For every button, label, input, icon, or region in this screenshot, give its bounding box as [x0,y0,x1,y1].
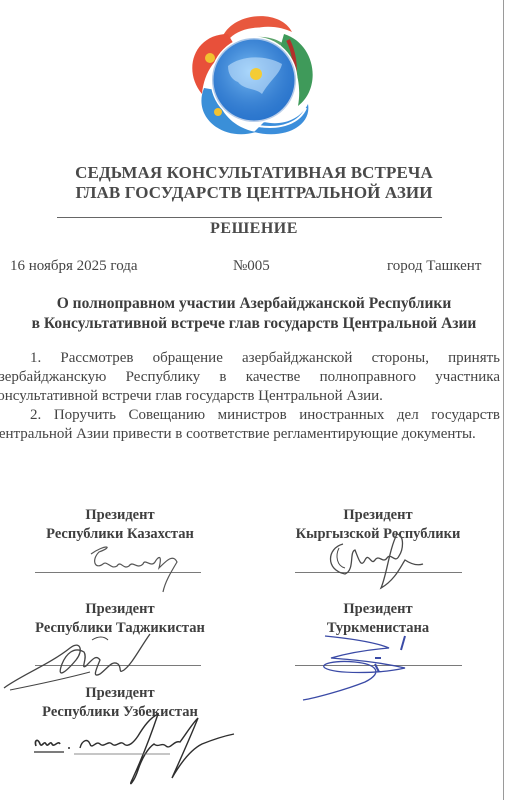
paragraph-2-text: Поручить Совещанию министров иностранных… [0,407,500,442]
decision-city: город Ташкент [387,258,481,275]
header-line-1: СЕДЬМАЯ КОНСУЛЬТАТИВНАЯ ВСТРЕЧА [0,163,508,183]
decision-date: 16 ноября 2025 года [10,258,138,275]
header-divider [57,217,442,218]
paragraph-2-number: 2. [30,407,41,423]
signature-kazakhstan-icon [85,540,195,595]
signature-kyrgyzstan-icon [325,530,425,595]
signatory-title: Президент [278,600,478,619]
subject-line-2: в Консультативной встрече глав государст… [0,314,508,334]
signatory-kazakhstan: Президент Республики Казахстан [20,506,220,544]
decision-title: РЕШЕНИЕ [0,220,508,238]
signatory-title: Президент [278,506,478,525]
decision-subject: О полноправном участии Азербайджанской Р… [0,294,508,334]
paragraph-1-number: 1. [30,350,41,366]
paragraph-1: 1. Рассмотрев обращение азербайджанской … [0,349,500,406]
paragraph-1-text: Рассмотрев обращение азербайджанской сто… [0,350,500,404]
page-edge-border [503,0,504,800]
signatory-title: Президент [20,684,220,703]
decision-number: №005 [233,258,270,275]
signature-uzbekistan-icon [30,710,250,800]
paragraph-2: 2. Поручить Совещанию министров иностран… [0,406,500,444]
signature-turkmenistan-icon [295,628,445,703]
signatory-title: Президент [20,506,220,525]
document-header: СЕДЬМАЯ КОНСУЛЬТАТИВНАЯ ВСТРЕЧА ГЛАВ ГОС… [0,163,508,203]
header-line-2: ГЛАВ ГОСУДАРСТВ ЦЕНТРАЛЬНОЙ АЗИИ [0,183,508,203]
decision-document: СЕДЬМАЯ КОНСУЛЬТАТИВНАЯ ВСТРЕЧА ГЛАВ ГОС… [0,0,508,800]
summit-logo-icon [184,8,320,140]
subject-line-1: О полноправном участии Азербайджанской Р… [0,294,508,314]
signatory-title: Президент [20,600,220,619]
